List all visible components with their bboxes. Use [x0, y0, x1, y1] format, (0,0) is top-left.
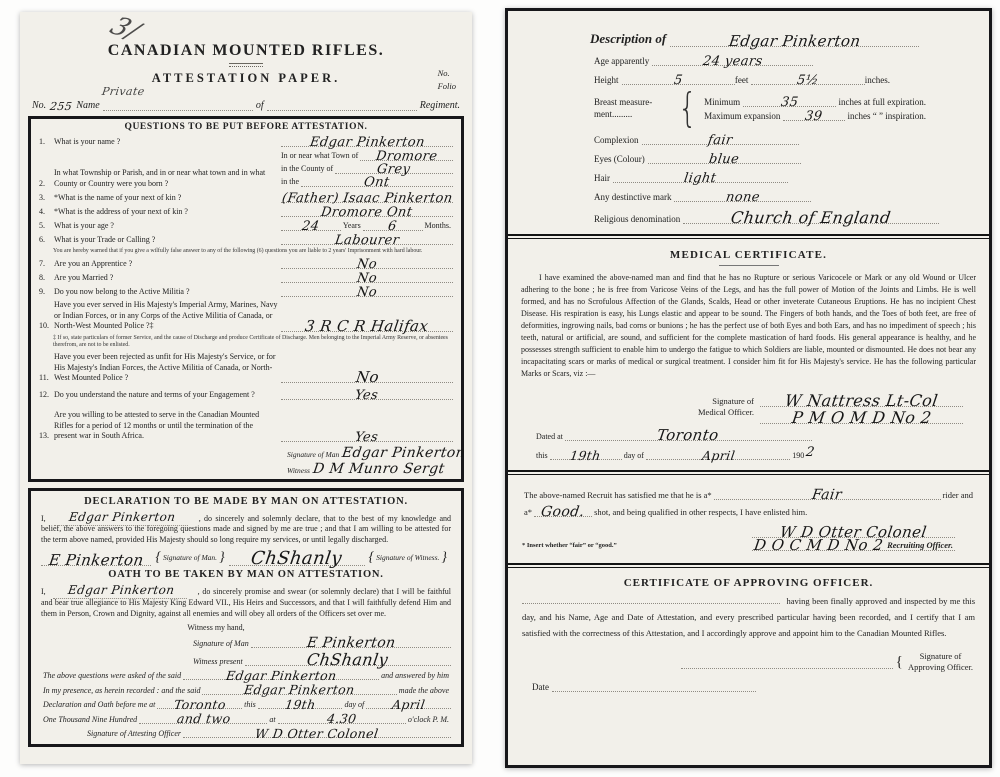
signature-of-man-line: Signature of Man Edgar Pinkerton	[287, 445, 453, 459]
place-value: Toronto	[656, 428, 720, 443]
blank-line	[552, 682, 756, 692]
medical-certificate-title: MEDICAL CERTIFICATE.	[508, 249, 989, 261]
recruit-name: Edgar Pinkerton	[728, 34, 862, 49]
medical-certificate-body: I have examined the above-named man and …	[521, 272, 976, 380]
minimum-row: Minimum 35 inches at full expiration.	[701, 96, 929, 107]
form-subtitle: ATTESTATION PAPER.	[152, 71, 341, 86]
recruiting-officer-section: The above-named Recruit has satisfied me…	[508, 475, 989, 553]
medical-officer-signature-block: Signature of Medical Officer. W Nattress…	[698, 390, 963, 424]
witness-line: Witness D M Munro Sergt	[287, 461, 453, 475]
handwritten-answer: Ont	[363, 176, 390, 189]
declaration-title: DECLARATION TO BE MADE BY MAN ON ATTESTA…	[41, 496, 451, 507]
attesting-officer-row: Signature of Attesting Officer W D Otter…	[41, 728, 451, 739]
question-row-4: 4. *What is the address of your next of …	[39, 206, 453, 217]
medical-officer-title: P M O M D No 2	[791, 410, 933, 426]
name-field-label: Name	[76, 100, 99, 111]
approving-signature-row: Signature of Approving Officer.	[678, 651, 973, 673]
oath-year-time-row: One Thousand Nine Hundred and two at 4.3…	[41, 713, 451, 724]
day-value: 19th	[284, 699, 316, 712]
fair-or-good-footnote: * Insert whether “fair” or “good.”	[522, 542, 617, 549]
handwritten-answer: Edgar Pinkerton	[309, 136, 426, 149]
handwritten-answer: Yes	[355, 389, 380, 402]
form-title: CANADIAN MOUNTED RIFLES.	[20, 42, 472, 60]
section-divider	[508, 234, 989, 239]
handwritten-answer: (Father) Isaac Pinkerton	[281, 192, 453, 205]
declaration-signature-row: E Pinkerton Signature of Man. ChShanly S…	[41, 550, 451, 566]
of-label: of	[256, 100, 264, 111]
handwritten-answer: Yes	[355, 431, 380, 444]
questions-title: QUESTIONS TO BE PUT BEFORE ATTESTATION.	[39, 122, 453, 132]
hair-row: Hair light	[594, 172, 893, 183]
age-value: 24 years	[702, 55, 763, 68]
folio-label: Folio	[438, 80, 456, 93]
place-value: Toronto	[173, 699, 227, 712]
oath-place-date-row: Declaration and Oath before me at Toront…	[41, 699, 451, 710]
declaration-paragraph: I, Edgar Pinkerton , do sincerely and so…	[41, 509, 451, 546]
distinctive-mark-row: Any destinctive mark none	[594, 191, 893, 202]
question-row-1: 1. What is your name ? Edgar Pinkerton	[39, 136, 453, 147]
man-signature: E Pinkerton	[306, 636, 396, 650]
question-row-6: 6. What is your Trade or Calling ? Labou…	[39, 234, 453, 245]
question-row-2: 2. In what Township or Parish, and in or…	[39, 150, 453, 189]
oath-title: OATH TO BE TAKEN BY MAN ON ATTESTATION.	[41, 569, 451, 580]
rider-rating: Fair	[811, 488, 843, 502]
eyes-row: Eyes (Colour) blue	[594, 153, 893, 164]
question-row-13: 13. Are you willing to be attested to se…	[39, 410, 453, 441]
description-title-row: Description of Edgar Pinkerton	[590, 31, 919, 47]
mark-value: none	[725, 191, 761, 204]
question-row-10: 10. Have you ever served in His Majesty'…	[39, 300, 453, 331]
day-value: 19th	[569, 450, 601, 463]
man-signature: Edgar Pinkerton	[341, 445, 466, 461]
attesting-officer-signature: W D Otter Colonel	[254, 728, 379, 741]
year-value: 2	[805, 445, 816, 460]
no-field-label: No.	[32, 100, 46, 111]
signature-of-man-label: Signature of Man.	[155, 550, 224, 566]
handwritten-answer: Labourer	[334, 234, 400, 247]
question-row-5: 5. What is your age ? 24 Years 6 Months.	[39, 220, 453, 231]
ornament-divider	[719, 265, 779, 266]
questions-section: QUESTIONS TO BE PUT BEFORE ATTESTATION. …	[28, 116, 464, 482]
handwritten-answer: No	[356, 272, 378, 285]
declarant-name: Edgar Pinkerton	[54, 509, 191, 526]
signature-of-witness-label: Signature of Witness.	[369, 550, 447, 566]
religion-value: Church of England	[730, 210, 892, 226]
questions-asked-row: The above questions were asked of the sa…	[41, 670, 451, 681]
birth-town-line: In or near what Town of Dromore	[281, 150, 453, 161]
approving-officer-body: having been finally approved and inspect…	[522, 593, 975, 641]
description-page: Description of Edgar Pinkerton Age appar…	[505, 8, 992, 768]
question-row-7: 7. Are you an Apprentice ? No	[39, 258, 453, 269]
rider-row: The above-named Recruit has satisfied me…	[522, 488, 975, 500]
attestation-paper-page: 3/ CANADIAN MOUNTED RIFLES. ATTESTATION …	[20, 12, 472, 764]
recruiting-officer-signature-block: W D Otter Colonel D O C M D No 2 Recruit…	[752, 525, 955, 551]
birth-province-line: in the Ont	[281, 176, 453, 187]
man-signature: E Pinkerton	[48, 553, 145, 568]
minimum-value: 35	[780, 96, 799, 109]
hair-value: light	[683, 172, 717, 185]
height-inches: 5½	[796, 74, 819, 87]
regiment-label: Regiment.	[420, 100, 460, 111]
recruit-name: Edgar Pinkerton	[243, 684, 355, 697]
height-row: Height 5 feet 5½ inches.	[594, 74, 893, 85]
month-value: April	[391, 699, 426, 712]
handwritten-rank: Private	[101, 85, 146, 98]
handwritten-answer: No	[356, 286, 378, 299]
handwritten-answer: No	[354, 370, 379, 385]
declaration-oath-section: DECLARATION TO BE MADE BY MAN ON ATTESTA…	[28, 488, 464, 747]
oath-paragraph: I, Edgar Pinkerton , do sincerely promis…	[41, 582, 451, 619]
recruiting-officer-label: Recruiting Officer.	[887, 540, 953, 550]
false-answer-warning: You are hereby warned that if you give a…	[53, 248, 453, 255]
recruit-name: Edgar Pinkerton	[225, 670, 337, 683]
handwritten-age-years: 24	[301, 220, 320, 233]
brace-glyph: {	[678, 85, 697, 132]
discharge-footnote: ‡ If so, state particulars of former Ser…	[53, 335, 453, 350]
month-value: April	[701, 450, 736, 463]
medical-date-row: this 19th day of April 190 2	[534, 445, 839, 460]
handwritten-answer: Dromore Ont	[320, 206, 413, 219]
no-label: No.	[438, 67, 456, 80]
breast-measurement-block: Breast measure- ment......... { Minimum …	[594, 91, 929, 126]
question-row-12: 12. Do you understand the nature and ter…	[39, 389, 453, 400]
ornament-divider	[229, 63, 263, 67]
regimental-number: 255	[49, 100, 73, 113]
shot-row: a* Good. shot, and being qualified in ot…	[522, 505, 975, 517]
question-row-3: 3. *What is the name of your next of kin…	[39, 192, 453, 203]
birth-county-line: in the County of Grey	[281, 163, 453, 174]
recruiting-officer-title: D O C M D No 2	[753, 538, 884, 553]
complexion-value: fair	[707, 134, 733, 147]
time-value: 4.30	[326, 713, 357, 726]
question-row-11: 11. Have you ever been rejected as unfit…	[39, 352, 453, 383]
witness-signature: ChShanly	[250, 550, 343, 568]
header-fill-line: No. 255 Private Name of Regiment.	[32, 100, 460, 111]
blank-line	[103, 101, 253, 111]
approving-officer-title: CERTIFICATE OF APPROVING OFFICER.	[508, 577, 989, 589]
maximum-row: Maximum expansion 39 inches “ ” inspirat…	[701, 110, 929, 121]
age-row: Age apparently 24 years	[594, 55, 893, 66]
oath-witness-present-row: Witness present ChShanly	[191, 652, 451, 666]
religion-row: Religious denomination Church of England	[594, 210, 939, 224]
question-row-8: 8. Are you Married ? No	[39, 272, 453, 283]
medical-officer-signature: W Nattress Lt-Col	[784, 393, 939, 409]
question-row-9: 9. Do you now belong to the Active Milit…	[39, 286, 453, 297]
witness-signature: D M Munro Sergt	[312, 461, 446, 477]
blank-name-line	[522, 596, 780, 604]
oath-signature-of-man-row: Signature of Man E Pinkerton	[191, 636, 451, 648]
complexion-row: Complexion fair	[594, 134, 893, 145]
blank-line	[267, 101, 417, 111]
approving-date-row: Date	[532, 682, 759, 692]
year-value: and two	[176, 713, 231, 726]
oath-name: Edgar Pinkerton	[53, 582, 190, 599]
handwritten-answer: No	[356, 258, 378, 271]
shot-rating: Good.	[540, 505, 585, 519]
handwritten-page-mark: 3/	[104, 12, 145, 46]
maximum-value: 39	[804, 110, 823, 123]
presence-row: In my presence, as herein recorded : and…	[41, 684, 451, 695]
medical-dated-row: Dated at Toronto	[534, 428, 839, 441]
witness-signature: ChShanly	[306, 652, 389, 668]
subtitle-row: ATTESTATION PAPER. No. Folio	[20, 69, 472, 87]
section-divider	[508, 563, 989, 568]
witness-my-hand: Witness my hand,	[41, 623, 391, 632]
no-folio-block: No. Folio	[438, 67, 456, 93]
handwritten-age-months: 6	[387, 220, 397, 233]
signature-line	[681, 656, 893, 669]
handwritten-answer: 3 R C R Halifax	[304, 319, 429, 334]
eyes-value: blue	[708, 153, 740, 166]
